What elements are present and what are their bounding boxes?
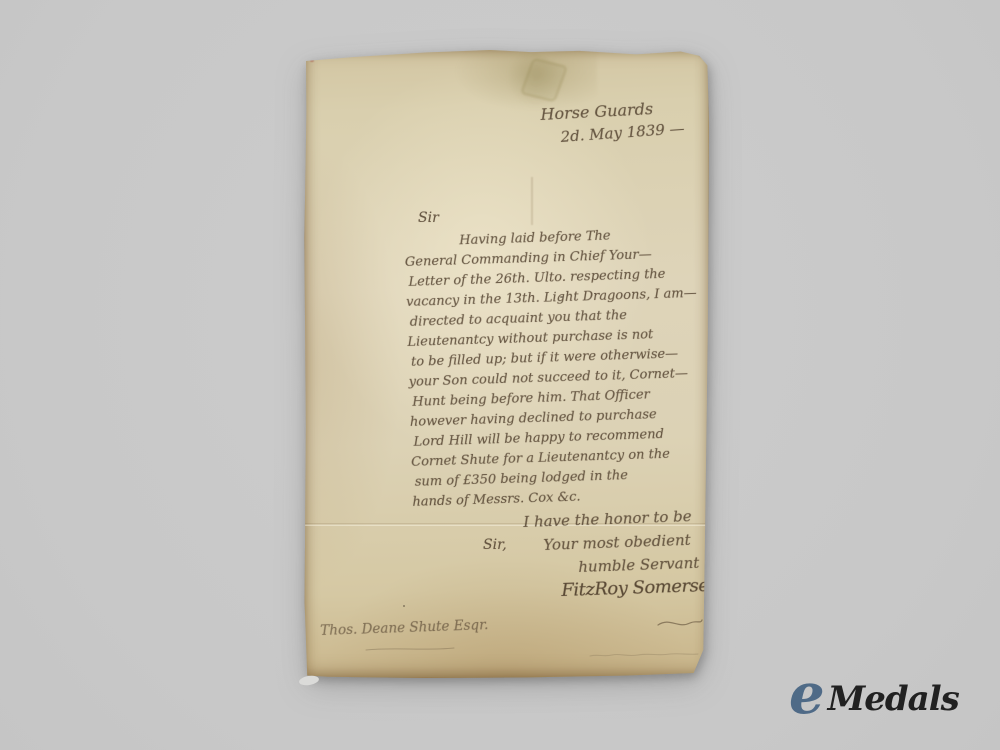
emedals-watermark: e Medals xyxy=(789,666,959,719)
closing-servant-line: humble Servant xyxy=(578,554,700,576)
vertical-crease xyxy=(531,177,533,225)
signature-flourish xyxy=(656,615,704,631)
closing-sir: Sir, xyxy=(483,537,507,553)
letter-date: 2d. May 1839 — xyxy=(560,119,685,146)
emedals-logo-e: e xyxy=(789,669,825,719)
corner-fold xyxy=(691,49,709,63)
paper-fragment xyxy=(298,674,319,686)
corner-mark xyxy=(310,59,314,62)
pencil-annotation xyxy=(588,650,700,660)
letter-document: Horse Guards 2d. May 1839 — Sir Having l… xyxy=(304,49,709,678)
salutation: Sir xyxy=(418,210,439,226)
letter-body: Having laid before TheGeneral Commanding… xyxy=(404,224,703,513)
ink-speck xyxy=(403,605,405,607)
closing-honor-line: I have the honor to be xyxy=(523,507,692,531)
signature-fitzroy-somerset: FitzRoy Somerset xyxy=(561,575,715,601)
photo-background: Horse Guards 2d. May 1839 — Sir Having l… xyxy=(0,0,1000,750)
closing-obedient-line: Your most obedient xyxy=(543,531,691,554)
letter-paper: Horse Guards 2d. May 1839 — Sir Having l… xyxy=(304,49,709,678)
addressee-line: Thos. Deane Shute Esqr. xyxy=(320,617,489,639)
emedals-logo-text: Medals xyxy=(828,679,959,719)
addressee-underline xyxy=(364,645,456,653)
